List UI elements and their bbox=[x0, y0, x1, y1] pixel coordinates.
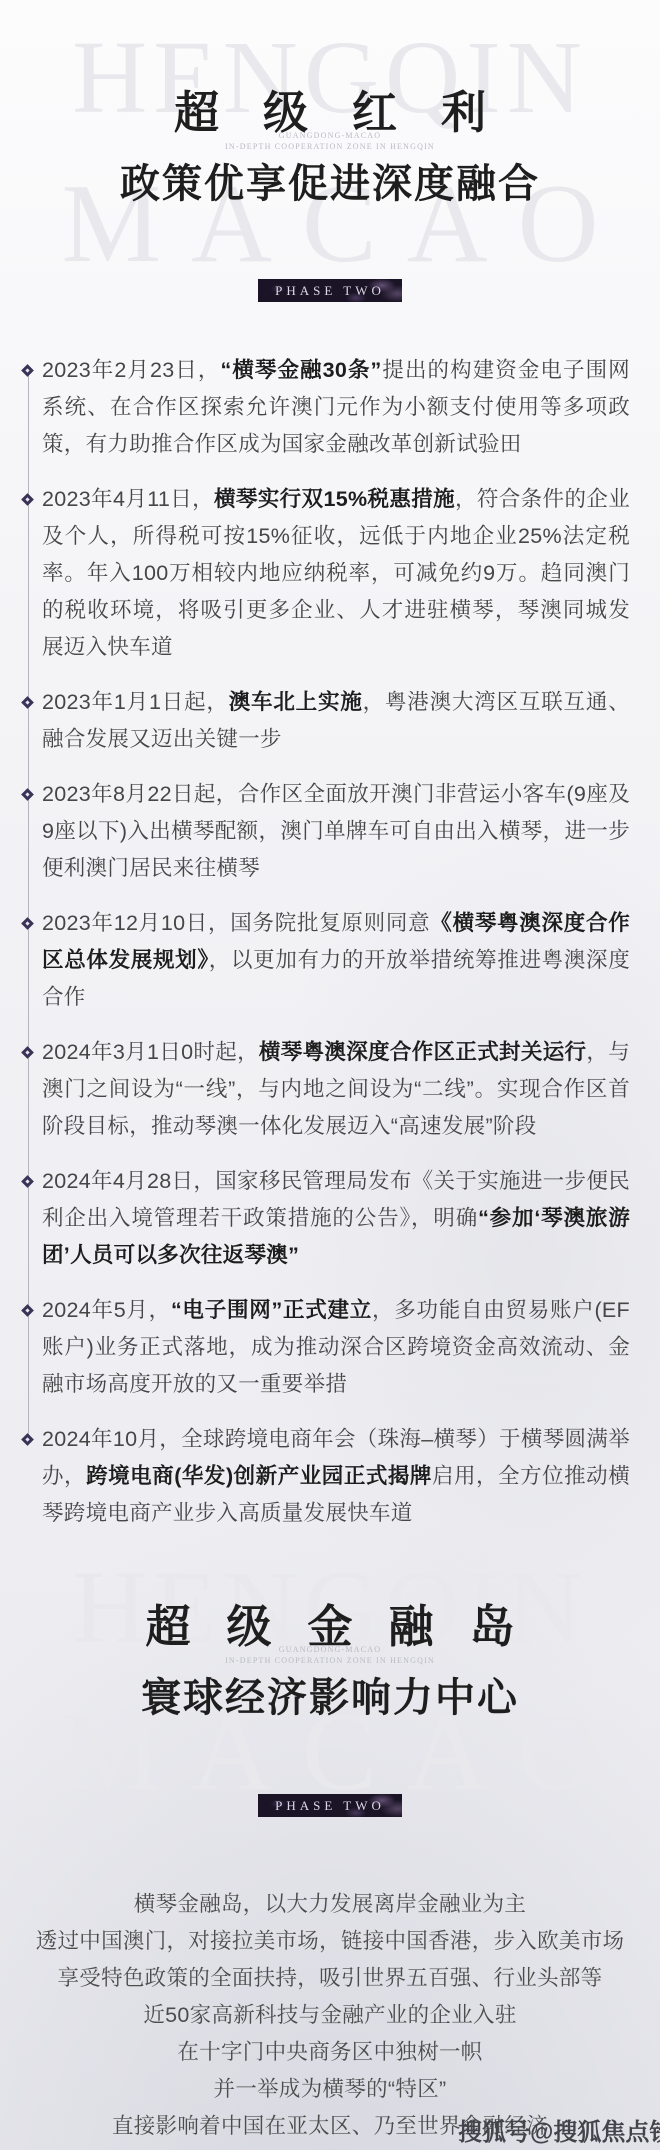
diamond-bullet-icon bbox=[21, 1433, 34, 1446]
timeline-item: 2023年4月11日，横琴实行双15%税惠措施，符合条件的企业及个人，所得税可按… bbox=[42, 481, 630, 666]
diamond-bullet-icon bbox=[21, 1046, 34, 1059]
diamond-bullet-icon bbox=[21, 493, 34, 506]
section2-badge-wrap: PHASE TWO bbox=[0, 1794, 660, 1817]
section2-caption-en: GUANGDONG-MACAO IN-DEPTH COOPERATION ZON… bbox=[0, 1644, 660, 1666]
caption-en-line1: GUANGDONG-MACAO bbox=[0, 1644, 660, 1655]
timeline-text: 2023年12月10日，国务院批复原则同意 bbox=[42, 911, 430, 935]
timeline-text: 2023年1月1日起， bbox=[42, 690, 229, 714]
timeline-text-bold: 跨境电商(华发)创新产业园正式揭牌 bbox=[86, 1464, 432, 1488]
closing-line: 享受特色政策的全面扶持，吸引世界五百强、行业头部等 bbox=[0, 1960, 660, 1997]
sohu-watermark: 搜狐号@搜狐焦点钦州站 bbox=[458, 2112, 660, 2147]
diamond-bullet-icon bbox=[21, 788, 34, 801]
closing-line: 近50家高新科技与金融产业的企业入驻 bbox=[0, 1997, 660, 2034]
timeline-item: 2023年2月23日，“横琴金融30条”提出的构建资金电子围网系统、在合作区探索… bbox=[42, 352, 630, 463]
diamond-bullet-icon bbox=[21, 917, 34, 930]
diamond-bullet-icon bbox=[21, 1304, 34, 1317]
timeline-text: 2023年8月22日起，合作区全面放开澳门非营运小客车(9座及9座以下)入出横琴… bbox=[42, 782, 630, 880]
timeline-text: 2023年2月23日， bbox=[42, 358, 220, 382]
timeline-text: 2024年5月， bbox=[42, 1298, 171, 1322]
closing-line: 并一举成为横琴的“特区” bbox=[0, 2071, 660, 2108]
timeline-item: 2023年12月10日，国务院批复原则同意《横琴粤澳深度合作区总体发展规划》，以… bbox=[42, 905, 630, 1016]
caption-en-line1: GUANGDONG-MACAO bbox=[0, 130, 660, 141]
timeline-text-bold: 横琴实行双15%税惠措施 bbox=[214, 487, 455, 511]
timeline-text: 2023年4月11日， bbox=[42, 487, 214, 511]
section1-badge-wrap: PHASE TWO bbox=[0, 279, 660, 302]
diamond-bullet-icon bbox=[21, 696, 34, 709]
closing-paragraph: 横琴金融岛，以大力发展离岸金融业为主透过中国澳门，对接拉美市场，链接中国香港，步… bbox=[0, 1886, 660, 2145]
timeline-item: 2023年8月22日起，合作区全面放开澳门非营运小客车(9座及9座以下)入出横琴… bbox=[42, 776, 630, 887]
section1-caption-en: GUANGDONG-MACAO IN-DEPTH COOPERATION ZON… bbox=[0, 130, 660, 152]
section2-subtitle: 寰球经济影响力中心 bbox=[0, 1666, 660, 1723]
timeline-text: ，符合条件的企业及个人，所得税可按15%征收，远低于内地企业25%法定税率。年入… bbox=[42, 487, 630, 659]
section1-subtitle: 政策优享促进深度融合 bbox=[0, 152, 660, 209]
timeline-line bbox=[28, 368, 29, 1437]
timeline-item: 2023年1月1日起，澳车北上实施，粤港澳大湾区互联互通、融合发展又迈出关键一步 bbox=[42, 684, 630, 758]
poster-page: { "colors":{ "banner_bg":"#1b1426","bann… bbox=[0, 0, 660, 2150]
timeline-item: 2024年10月，全球跨境电商年会（珠海–横琴）于横琴圆满举办，跨境电商(华发)… bbox=[42, 1421, 630, 1532]
diamond-bullet-icon bbox=[21, 364, 34, 377]
closing-line: 透过中国澳门，对接拉美市场，链接中国香港，步入欧美市场 bbox=[0, 1923, 660, 1960]
diamond-bullet-icon bbox=[21, 1175, 34, 1188]
timeline-items: 2023年2月23日，“横琴金融30条”提出的构建资金电子围网系统、在合作区探索… bbox=[42, 352, 630, 1532]
timeline-item: 2024年3月1日0时起，横琴粤澳深度合作区正式封关运行，与澳门之间设为“一线”… bbox=[42, 1034, 630, 1145]
timeline-text-bold: “横琴金融30条” bbox=[220, 358, 381, 382]
timeline-text-bold: 横琴粤澳深度合作区正式封关运行 bbox=[259, 1040, 586, 1064]
timeline-item: 2024年5月，“电子围网”正式建立，多功能自由贸易账户(EF账户)业务正式落地… bbox=[42, 1292, 630, 1403]
closing-line: 横琴金融岛，以大力发展离岸金融业为主 bbox=[0, 1886, 660, 1923]
policy-timeline: 2023年2月23日，“横琴金融30条”提出的构建资金电子围网系统、在合作区探索… bbox=[0, 352, 660, 1550]
timeline-text-bold: 澳车北上实施 bbox=[229, 690, 363, 714]
phase-two-badge: PHASE TWO bbox=[258, 1794, 402, 1817]
timeline-text-bold: “电子围网”正式建立 bbox=[171, 1298, 372, 1322]
timeline-text: 2024年3月1日0时起， bbox=[42, 1040, 259, 1064]
caption-en-line2: IN-DEPTH COOPERATION ZONE IN HENGQIN bbox=[0, 1655, 660, 1666]
caption-en-line2: IN-DEPTH COOPERATION ZONE IN HENGQIN bbox=[0, 141, 660, 152]
timeline-item: 2024年4月28日，国家移民管理局发布《关于实施进一步便民利企出入境管理若干政… bbox=[42, 1163, 630, 1274]
phase-two-badge: PHASE TWO bbox=[258, 279, 402, 302]
closing-line: 在十字门中央商务区中独树一帜 bbox=[0, 2034, 660, 2071]
